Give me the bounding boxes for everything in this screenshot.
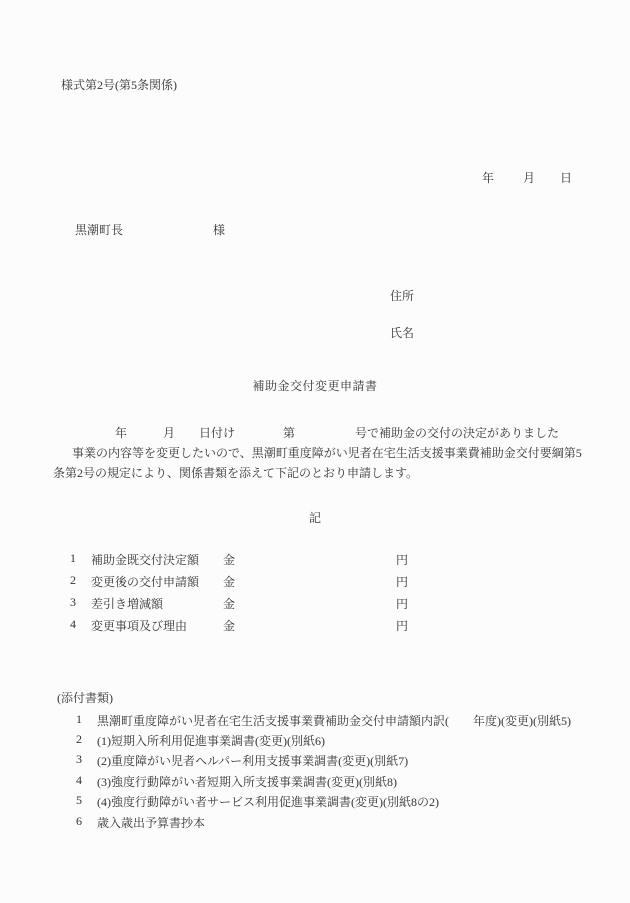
amount-row-number: 4 xyxy=(70,617,76,632)
form-code: 様式第2号(第5条関係) xyxy=(61,78,177,92)
attachment-item: 6 歳入歳出予算書抄本 xyxy=(0,814,630,833)
attachment-item: 5 (4)強度行動障がい者サービス利用促進事業調書(変更)(別紙8の2) xyxy=(0,793,630,812)
attachment-number: 1 xyxy=(76,712,82,727)
attachment-text: 歳入歳出予算書抄本 xyxy=(97,814,205,831)
attachment-item: 4 (3)強度行動障がい者短期入所支援事業調書(変更)(別紙8) xyxy=(0,773,630,792)
attachment-text: (1)短期入所利用促進事業調書(変更)(別紙6) xyxy=(97,732,325,749)
amount-row-number: 2 xyxy=(70,573,76,588)
amount-row-label: 差引き増減額 xyxy=(91,595,163,612)
attachment-item: 2 (1)短期入所利用促進事業調書(変更)(別紙6) xyxy=(0,732,630,751)
amount-row-label: 変更事項及び理由 xyxy=(91,617,187,634)
amount-row-number: 3 xyxy=(70,595,76,610)
amount-row: 3 差引き増減額 金 円 xyxy=(0,595,630,615)
currency-suffix: 円 xyxy=(396,551,408,568)
attachment-number: 2 xyxy=(76,732,82,747)
body-paragraph-line-2: 事業の内容等を変更したいので、黒潮町重度障がい児者在宅生活支援事業費補助金交付要… xyxy=(72,446,582,460)
applicant-name-label: 氏名 xyxy=(390,326,414,340)
body-paragraph-line-1: 年 月 日付け 第 号で補助金の交付の決定がありました xyxy=(115,426,559,440)
attachment-text: 黒潮町重度障がい児者在宅生活支援事業費補助金交付申請額内訳( 年度)(変更)(別… xyxy=(97,712,571,729)
record-marker: 記 xyxy=(0,511,630,525)
attachment-number: 3 xyxy=(76,752,82,767)
amount-row-number: 1 xyxy=(70,551,76,566)
attachment-number: 5 xyxy=(76,793,82,808)
currency-prefix: 金 xyxy=(223,573,235,590)
addressee-honorific: 様 xyxy=(213,223,225,237)
attachment-item: 1 黒潮町重度障がい児者在宅生活支援事業費補助金交付申請額内訳( 年度)(変更)… xyxy=(0,712,630,731)
currency-prefix: 金 xyxy=(223,551,235,568)
amount-row-label: 補助金既交付決定額 xyxy=(91,551,199,568)
date-day-label: 日 xyxy=(560,171,572,185)
amount-row: 2 変更後の交付申請額 金 円 xyxy=(0,573,630,593)
attachment-number: 4 xyxy=(76,773,82,788)
applicant-address-label: 住所 xyxy=(390,289,414,303)
attachment-text: (4)強度行動障がい者サービス利用促進事業調書(変更)(別紙8の2) xyxy=(97,793,439,810)
amount-row-label: 変更後の交付申請額 xyxy=(91,573,199,590)
attachment-item: 3 (2)重度障がい児者ヘルパー利用支援事業調書(変更)(別紙7) xyxy=(0,752,630,771)
attachment-text: (2)重度障がい児者ヘルパー利用支援事業調書(変更)(別紙7) xyxy=(97,752,408,769)
document-title: 補助金交付変更申請書 xyxy=(0,379,630,393)
currency-suffix: 円 xyxy=(396,573,408,590)
date-year-label: 年 xyxy=(482,171,494,185)
currency-prefix: 金 xyxy=(223,617,235,634)
currency-suffix: 円 xyxy=(396,617,408,634)
date-month-label: 月 xyxy=(523,171,535,185)
body-paragraph-line-3: 条第2号の規定により、関係書類を添えて下記のとおり申請します。 xyxy=(53,466,418,480)
attachments-heading: (添付書類) xyxy=(57,691,113,705)
amount-row: 4 変更事項及び理由 金 円 xyxy=(0,617,630,637)
amount-row: 1 補助金既交付決定額 金 円 xyxy=(0,551,630,571)
currency-prefix: 金 xyxy=(223,595,235,612)
addressee-name: 黒潮町長 xyxy=(75,223,123,237)
attachment-text: (3)強度行動障がい者短期入所支援事業調書(変更)(別紙8) xyxy=(97,773,397,790)
attachment-number: 6 xyxy=(76,814,82,829)
document-page: 様式第2号(第5条関係) 年 月 日 黒潮町長 様 住所 氏名 補助金交付変更申… xyxy=(0,0,630,903)
currency-suffix: 円 xyxy=(396,595,408,612)
